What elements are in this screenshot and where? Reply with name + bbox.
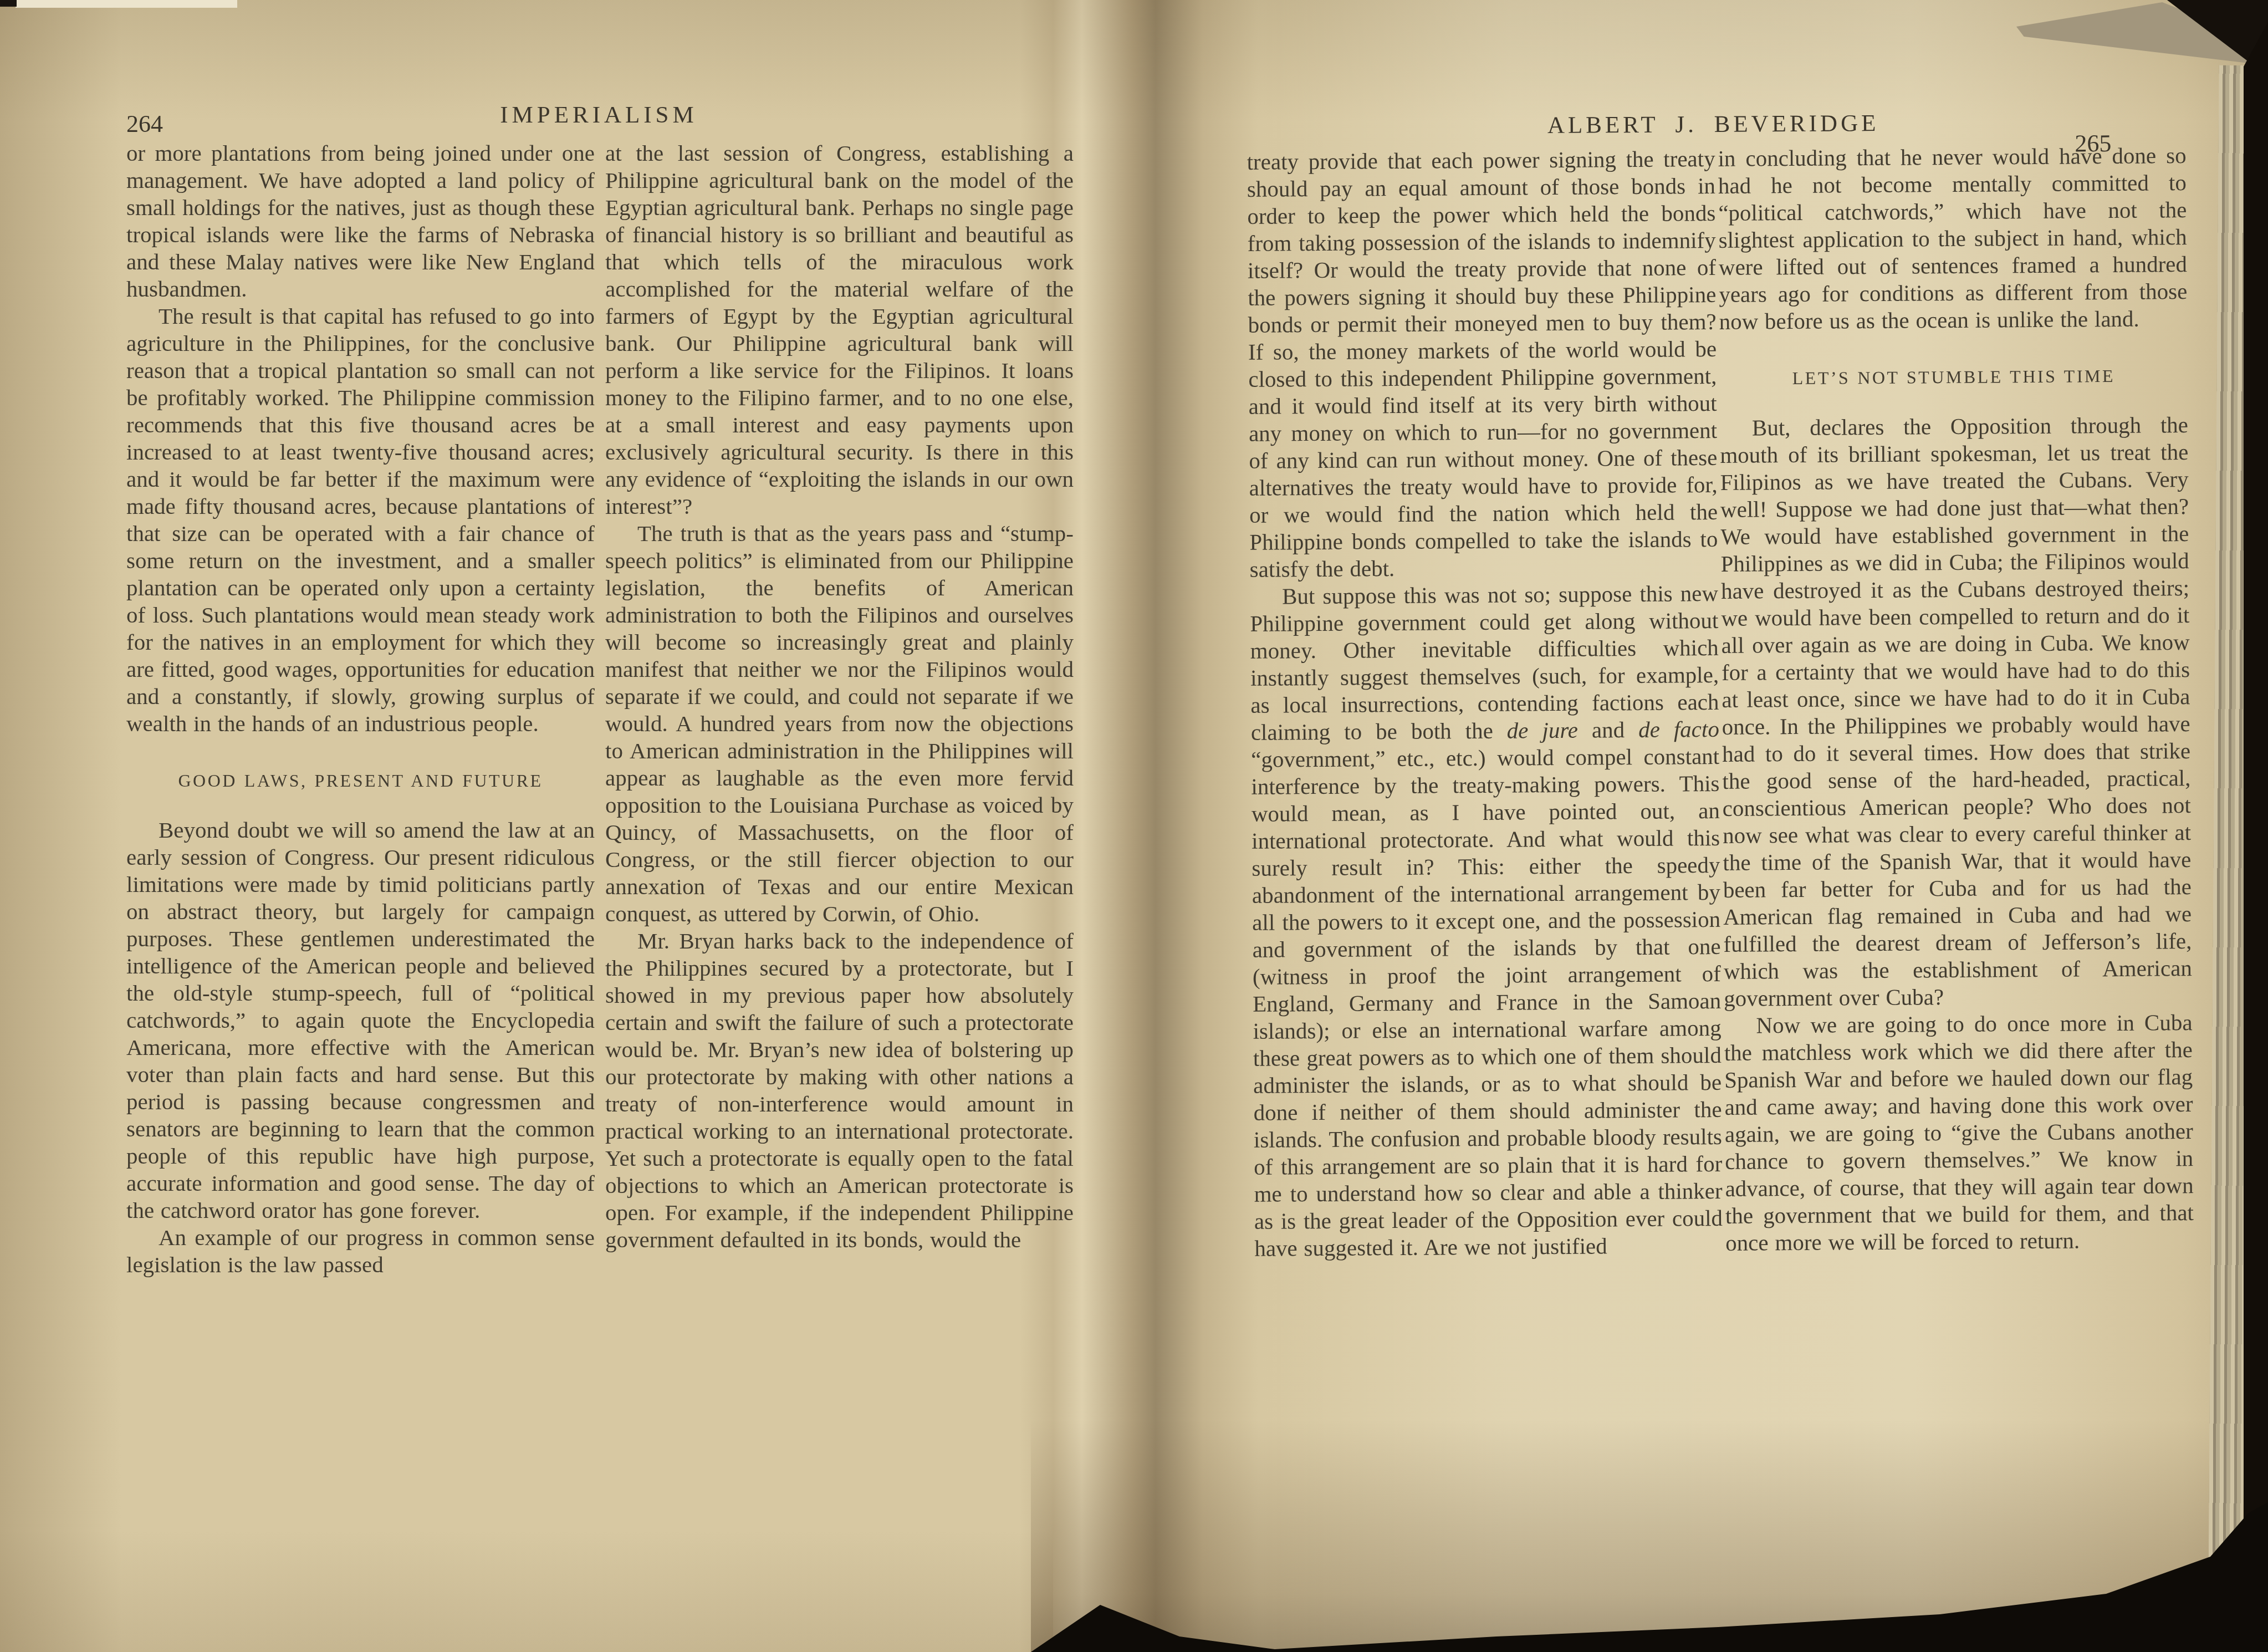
paragraph: treaty provide that each power signing t… [1247,145,1718,583]
text-column-2: at the last session of Congress, establi… [605,140,1074,1253]
paragraph: or more plantations from being joined un… [126,140,595,303]
text-column-1: or more plantations from being joined un… [126,140,595,1278]
section-heading: GOOD LAWS, PRESENT AND FUTURE [126,767,595,794]
paragraph: But suppose this was not so; suppose thi… [1250,580,1723,1262]
text-run: and [1578,717,1638,743]
text-run: or more plantations from being joined un… [126,140,595,302]
book-spread: 264 IMPERIALISM or more plantations from… [0,0,2268,1652]
text-run: Now we are going to do once more in Cuba… [1724,1009,2194,1256]
paragraph: Beyond doubt we will so amend the law at… [126,817,595,1224]
paragraph: An example of our progress in common sen… [126,1224,595,1278]
paragraph: Now we are going to do once more in Cuba… [1724,1009,2194,1257]
paragraph: The truth is that as the years pass and … [605,520,1074,927]
left-page: 264 IMPERIALISM or more plantations from… [0,0,1164,1652]
text-run: at the last session of Congress, establi… [605,140,1074,519]
paragraph: But, declares the Opposition through the… [1720,411,2193,1012]
text-run: treaty provide that each power signing t… [1247,146,1718,582]
text-run: The result is that capital has refused t… [126,303,595,736]
paragraph: at the last session of Congress, establi… [605,140,1074,520]
left-running-header: IMPERIALISM [126,101,1071,129]
text-run: in concluding that he never would have d… [1718,142,2187,334]
text-run: Mr. Bryan harks back to the independence… [605,928,1074,1252]
right-page: ALBERT J. BEVERIDGE 265 treaty provide t… [1158,0,2268,1652]
text-run: “government,” etc., etc.) would compel c… [1251,743,1723,1261]
text-column-4: in concluding that he never would have d… [1718,142,2194,1257]
paragraph: in concluding that he never would have d… [1718,142,2187,335]
italic-text-run: de facto [1638,716,1719,742]
paragraph: The result is that capital has refused t… [126,303,595,737]
text-run: Beyond doubt we will so amend the law at… [126,817,595,1223]
paragraph: Mr. Bryan harks back to the independence… [605,927,1074,1253]
right-running-header: ALBERT J. BEVERIDGE [1242,108,2184,141]
italic-text-run: de jure [1507,717,1579,743]
text-run: But, declares the Opposition through the… [1720,412,2192,1011]
section-heading: LET’S NOT STUMBLE THIS TIME [1719,362,2188,392]
text-run: The truth is that as the years pass and … [605,521,1074,926]
text-run: An example of our progress in common sen… [126,1225,595,1277]
text-column-3: treaty provide that each power signing t… [1247,145,1723,1262]
